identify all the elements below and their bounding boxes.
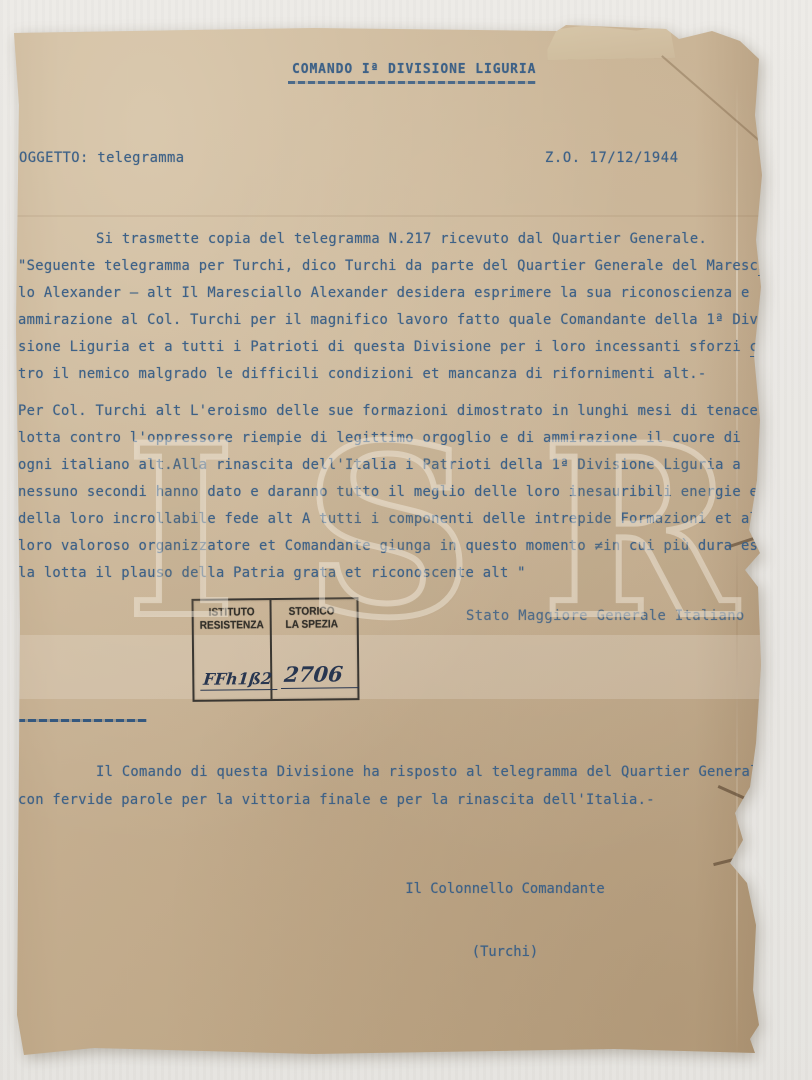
typed-line: Il Comando di questa Divisione ha rispos… [18, 758, 758, 786]
letterhead-underline [288, 81, 536, 84]
torn-flap-top [547, 24, 676, 60]
typed-line: lo Alexander – alt Il Maresciallo Alexan… [18, 280, 758, 307]
typed-line: Per Col. Turchi alt L'eroismo delle sue … [18, 398, 758, 425]
signature-block: Il Colonnello Comandante (Turchi) [380, 837, 630, 1005]
typed-line: ogni italiano alt.Alla rinascita dell'It… [18, 452, 758, 479]
sender-organization: Stato Maggiore Generale Italiano [466, 608, 745, 624]
reply-paragraph: Il Comando di questa Divisione ha rispos… [18, 758, 758, 814]
paper-crease-diagonal [662, 55, 776, 155]
tear-mark [713, 855, 747, 866]
typed-line: tro il nemico malgrado le difficili cond… [18, 361, 758, 388]
scanner-light-band [14, 635, 762, 699]
typed-line: Si trasmette copia del telegramma N.217 … [18, 226, 758, 253]
paper-sheet: COMANDO Iª DIVISIONE LIGURIA OGGETTO: te… [14, 25, 762, 1057]
line-text: sione Liguria et a tutti i Patrioti di q… [18, 339, 750, 355]
protocol-date: Z.O. 17/12/1944 [545, 150, 679, 166]
letterhead-title: COMANDO Iª DIVISIONE LIGURIA [292, 62, 536, 77]
telegram-paragraph-2: Per Col. Turchi alt L'eroismo delle sue … [18, 398, 758, 587]
typed-line: lotta contro l'oppressore riempie di leg… [18, 425, 758, 452]
stamp-heading-storico-la-spezia: STORICO LA SPEZIA [277, 605, 347, 632]
stamp-handwritten-number: 2706 [281, 661, 362, 689]
underlined-word: ia [758, 258, 775, 276]
archive-stamp: ISTITUTO RESISTENZA STORICO LA SPEZIA FF… [191, 597, 359, 702]
telegram-paragraph-1: Si trasmette copia del telegramma N.217 … [18, 226, 758, 388]
typed-line: loro valoroso organizzatore et Comandant… [18, 533, 758, 560]
typed-line: della loro incrollabile fede alt A tutti… [18, 506, 758, 533]
line-text: "Seguente telegramma per Turchi, dico Tu… [18, 258, 758, 274]
stamp-handwritten-code: FFh1ß2 [200, 669, 279, 691]
scanned-document-page: COMANDO Iª DIVISIONE LIGURIA OGGETTO: te… [0, 0, 812, 1080]
typed-line: la lotta il plauso della Patria grata et… [18, 560, 758, 587]
signature-role: Il Colonnello Comandante [380, 879, 630, 900]
typed-line: sione Liguria et a tutti i Patrioti di q… [18, 334, 758, 361]
typed-line: con fervide parole per la vittoria final… [18, 786, 758, 814]
tear-mark [740, 35, 762, 53]
paper-crease-horizontal [14, 215, 762, 217]
subject-line: OGGETTO: telegramma [19, 150, 184, 166]
typed-divider-line [17, 719, 147, 722]
typed-line: "Seguente telegramma per Turchi, dico Tu… [18, 253, 758, 280]
stamp-heading-istituto-resistenza: ISTITUTO RESISTENZA [197, 606, 267, 633]
underlined-word: con [750, 339, 776, 357]
paper-shadow-wrap: COMANDO Iª DIVISIONE LIGURIA OGGETTO: te… [0, 0, 812, 1080]
signature-name: (Turchi) [380, 942, 630, 963]
typed-line: ammirazione al Col. Turchi per il magnif… [18, 307, 758, 334]
typed-line: nessuno secondi hanno dato e daranno tut… [18, 479, 758, 506]
